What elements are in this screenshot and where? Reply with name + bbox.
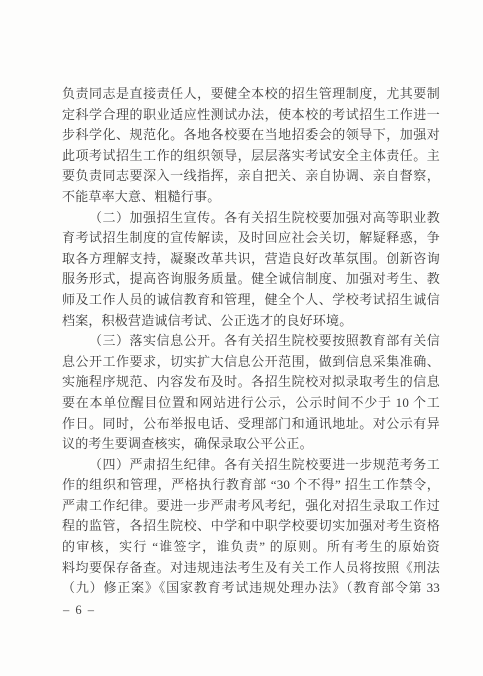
page-number: – 6 – <box>63 602 96 618</box>
text-line: 要负责同志要深入一线指挥，亲自把关、亲自协调、亲自督察， <box>62 166 440 187</box>
text-line: 作的组织和管理，严格执行教育部 “30 个不得” 招生工作禁令， <box>62 475 440 496</box>
text-line: 息公开工作要求，切实扩大信息公开范围，做到信息采集准确、 <box>62 352 440 373</box>
text-line: 步科学化、规范化。各地各校要在当地招委会的领导下，加强对 <box>62 125 440 146</box>
paragraph-section-4: （四）严肃招生纪律。各有关招生院校要进一步规范考务工 作的组织和管理，严格执行教… <box>62 455 440 599</box>
text-line: 严肃工作纪律。要进一步严肃考风考纪，强化对招生录取工作过 <box>62 496 440 517</box>
paragraph-continuation: 负责同志是直接责任人，要健全本校的招生管理制度，尤其要制 定科学合理的职业适应性… <box>62 84 440 208</box>
paragraph-section-3: （三）落实信息公开。各有关招生院校要按照教育部有关信 息公开工作要求，切实扩大信… <box>62 331 440 455</box>
text-line: （二）加强招生宣传。各有关招生院校要加强对高等职业教 <box>62 208 440 229</box>
text-line: 此项考试招生工作的组织领导，层层落实考试安全主体责任。主 <box>62 146 440 167</box>
text-line: 定科学合理的职业适应性测试办法，使本校的考试招生工作进一 <box>62 105 440 126</box>
text-line: 取各方理解支持，凝聚改革共识，营造良好改革氛围。创新咨询 <box>62 249 440 270</box>
text-line: 实施程序规范、内容发布及时。各招生院校对拟录取考生的信息 <box>62 372 440 393</box>
text-line: 育考试招生制度的宣传解读，及时回应社会关切，解疑释惑，争 <box>62 228 440 249</box>
text-line: 的审核，实行 “谁签字，谁负责” 的原则。所有考生的原始资 <box>62 537 440 558</box>
text-line: 负责同志是直接责任人，要健全本校的招生管理制度，尤其要制 <box>62 84 440 105</box>
text-line: 程的监管，各招生院校、中学和中职学校要切实加强对考生资格 <box>62 516 440 537</box>
text-line: 作日。同时，公布举报电话、受理部门和通讯地址。对公示有异 <box>62 414 440 435</box>
text-line: （三）落实信息公开。各有关招生院校要按照教育部有关信 <box>62 331 440 352</box>
paragraph-section-2: （二）加强招生宣传。各有关招生院校要加强对高等职业教 育考试招生制度的宣传解读，… <box>62 208 440 332</box>
text-line: （九）修正案》《国家教育考试违规处理办法》（教育部令第 33 <box>62 578 440 599</box>
text-line: 服务形式，提高咨询服务质量。健全诚信制度、加强对考生、教 <box>62 269 440 290</box>
text-line: 不能草率大意、粗糙行事。 <box>62 187 440 208</box>
scanned-document-page: 负责同志是直接责任人，要健全本校的招生管理制度，尤其要制 定科学合理的职业适应性… <box>0 0 483 676</box>
text-line: 议的考生要调查核实，确保录取公平公正。 <box>62 434 440 455</box>
text-line: 档案，积极营造诚信考试、公正选才的良好环境。 <box>62 311 440 332</box>
text-line: 料均要保存备查。对违规违法考生及有关工作人员将按照《刑法 <box>62 558 440 579</box>
text-line: 要在本单位醒目位置和网站进行公示，公示时间不少于 10 个工 <box>62 393 440 414</box>
text-line: 师及工作人员的诚信教育和管理，健全个人、学校考试招生诚信 <box>62 290 440 311</box>
text-line: （四）严肃招生纪律。各有关招生院校要进一步规范考务工 <box>62 455 440 476</box>
document-body-text: 负责同志是直接责任人，要健全本校的招生管理制度，尤其要制 定科学合理的职业适应性… <box>62 84 440 599</box>
